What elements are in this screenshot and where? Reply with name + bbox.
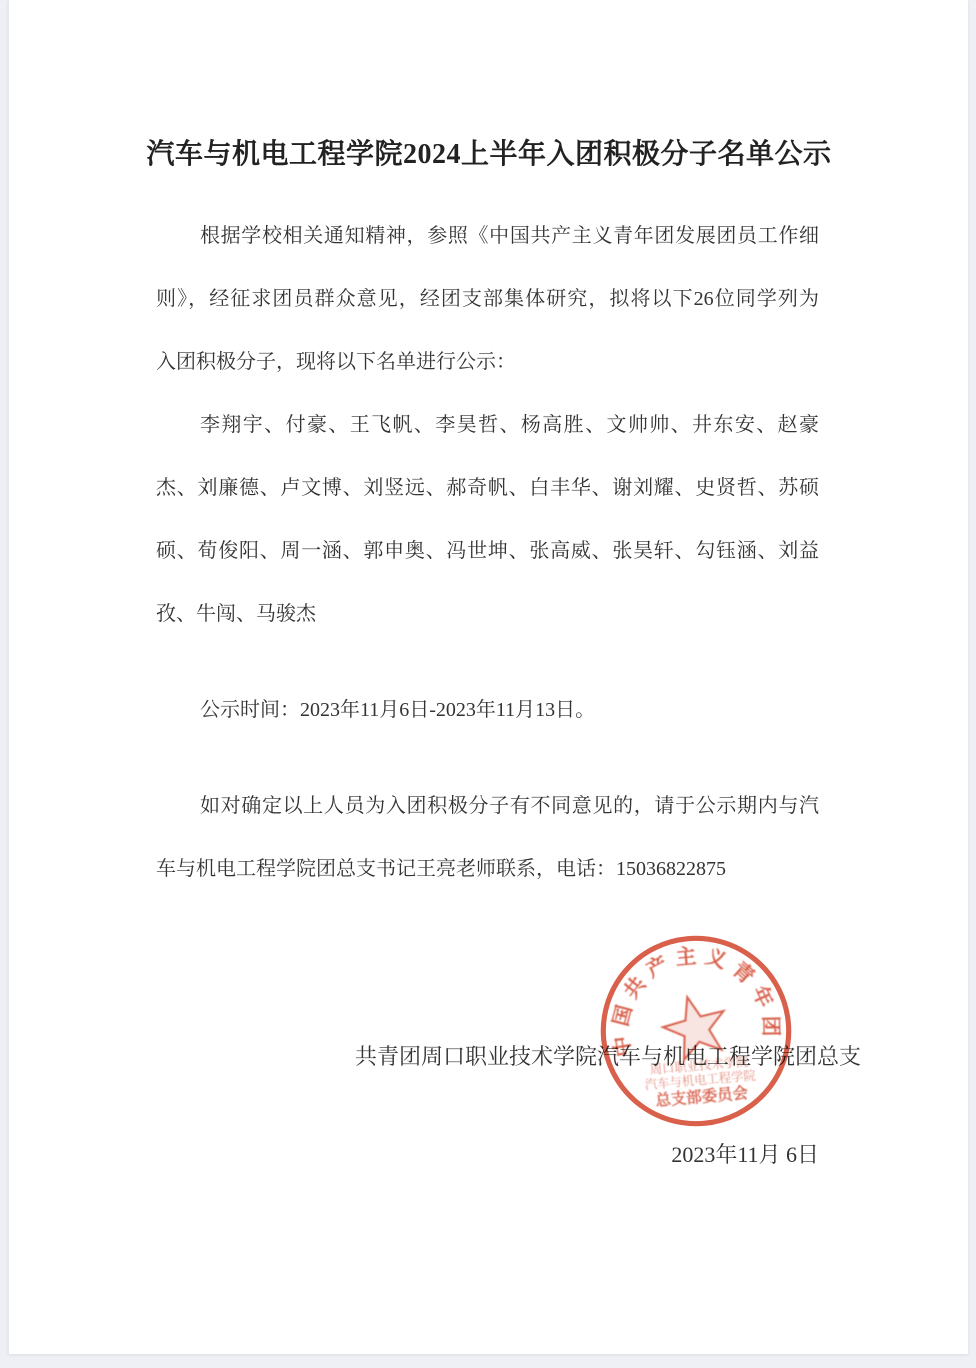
text-line: 则》，经征求团员群众意见，经团支部集体研究，拟将以下26位同学列为 <box>156 268 819 331</box>
text-line: 车与机电工程学院团总支书记王亮老师联系，电话：15036822875 <box>156 838 819 901</box>
paragraph: 公示时间：2023年11月6日-2023年11月13日。 <box>156 679 819 742</box>
text-line: 李翔宇、付豪、王飞帆、李昊哲、杨高胜、文帅帅、井东安、赵豪 <box>156 394 819 457</box>
text-line: 公示时间：2023年11月6日-2023年11月13日。 <box>156 679 819 742</box>
text-line: 孜、牛闯、马骏杰 <box>156 583 819 646</box>
seal-line-3: 总支部委员会 <box>655 1083 749 1110</box>
date-line: 2023年11月 6日 <box>9 1140 819 1170</box>
official-seal-stamp: 中国共产主义青年团 周口职业技术学院 汽车与机电工程学院 总支部委员会 <box>584 919 807 1142</box>
document-page: 汽车与机电工程学院2024上半年入团积极分子名单公示 根据学校相关通知精神，参照… <box>8 0 968 1354</box>
signature-line: 共青团周口职业技术学院汽车与机电工程学院团总支 <box>9 1042 861 1072</box>
document-viewer-background: 汽车与机电工程学院2024上半年入团积极分子名单公示 根据学校相关通知精神，参照… <box>0 0 976 1368</box>
seal-graphic: 中国共产主义青年团 周口职业技术学院 汽车与机电工程学院 总支部委员会 <box>584 919 807 1142</box>
paragraph: 如对确定以上人员为入团积极分子有不同意见的，请于公示期内与汽车与机电工程学院团总… <box>156 775 819 901</box>
seal-arc-text: 中国共产主义青年团 <box>601 938 784 1059</box>
paragraph: 李翔宇、付豪、王飞帆、李昊哲、杨高胜、文帅帅、井东安、赵豪杰、刘廉德、卢文博、刘… <box>156 394 819 646</box>
seal-ring <box>596 931 797 1132</box>
paragraph: 根据学校相关通知精神，参照《中国共产主义青年团发展团员工作细则》，经征求团员群众… <box>156 205 819 394</box>
text-line: 入团积极分子，现将以下名单进行公示： <box>156 331 819 394</box>
text-line: 杰、刘廉德、卢文博、刘竖远、郝奇帆、白丰华、谢刘耀、史贤哲、苏硕 <box>156 457 819 520</box>
text-line: 硕、荀俊阳、周一涵、郭申奥、冯世坤、张高威、张昊轩、勾钰涵、刘益 <box>156 520 819 583</box>
text-line: 根据学校相关通知精神，参照《中国共产主义青年团发展团员工作细 <box>156 205 819 268</box>
text-line: 如对确定以上人员为入团积极分子有不同意见的，请于公示期内与汽 <box>156 775 819 838</box>
page-title: 汽车与机电工程学院2024上半年入团积极分子名单公示 <box>9 132 969 172</box>
document-body: 根据学校相关通知精神，参照《中国共产主义青年团发展团员工作细则》，经征求团员群众… <box>156 205 819 901</box>
